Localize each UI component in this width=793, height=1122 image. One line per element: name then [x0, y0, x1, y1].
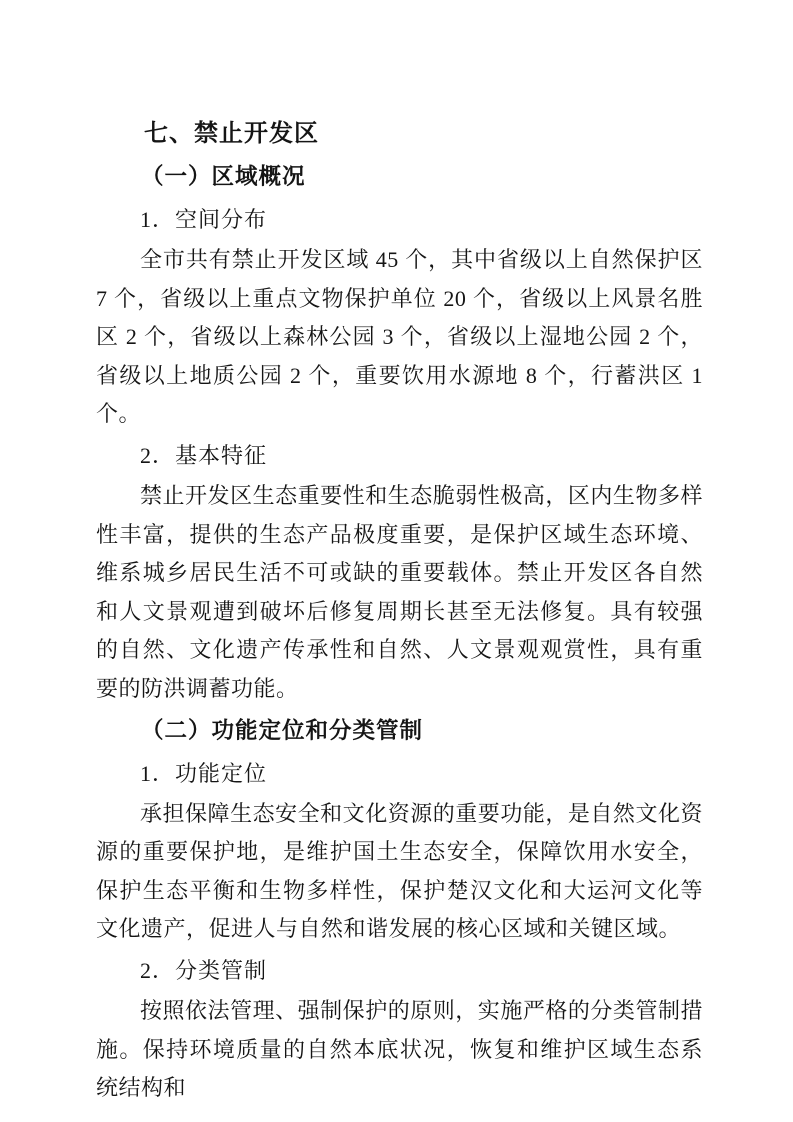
document-page: 七、禁止开发区 （一）区域概况 1．空间分布 全市共有禁止开发区域 45 个，其…: [0, 0, 793, 1122]
section-heading-regional-overview: （一）区域概况: [96, 155, 703, 198]
paragraph-function-positioning: 承担保障生态安全和文化资源的重要功能，是自然文化资源的重要保护地，是维护国土生态…: [96, 795, 703, 949]
section-heading-function-and-control: （二）功能定位和分类管制: [96, 709, 703, 752]
paragraph-spatial-distribution: 全市共有禁止开发区域 45 个，其中省级以上自然保护区 7 个，省级以上重点文物…: [96, 241, 703, 434]
subsection-heading-function-positioning: 1．功能定位: [96, 752, 703, 795]
paragraph-basic-features: 禁止开发区生态重要性和生态脆弱性极高，区内生物多样性丰富，提供的生态产品极度重要…: [96, 477, 703, 709]
subsection-heading-basic-features: 2．基本特征: [96, 434, 703, 477]
paragraph-classified-control: 按照依法管理、强制保护的原则，实施严格的分类管制措施。保持环境质量的自然本底状况…: [96, 992, 703, 1108]
subsection-heading-classified-control: 2．分类管制: [96, 949, 703, 992]
subsection-heading-spatial-distribution: 1．空间分布: [96, 198, 703, 241]
chapter-heading: 七、禁止开发区: [96, 112, 703, 155]
document-body: 七、禁止开发区 （一）区域概况 1．空间分布 全市共有禁止开发区域 45 个，其…: [96, 112, 703, 1108]
